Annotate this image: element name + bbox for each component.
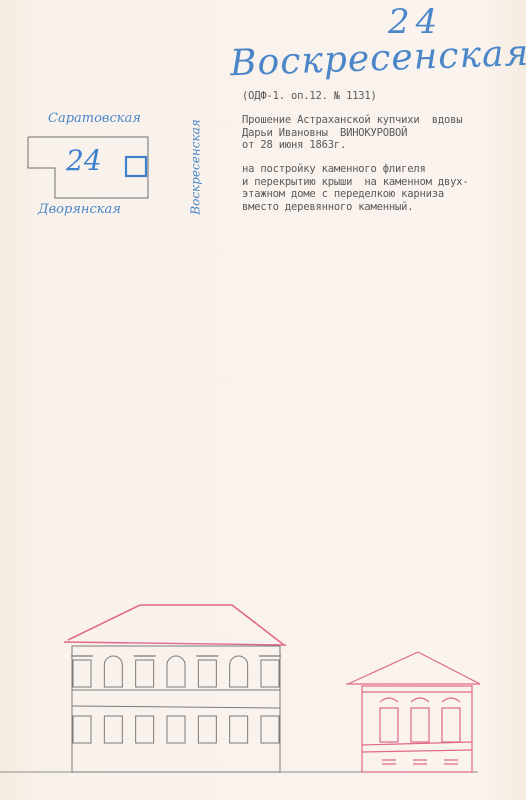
upper-floor-windows: [71, 656, 281, 687]
lower-floor-windows: [73, 716, 279, 743]
annex-facade: [346, 652, 480, 772]
facade-drawings: [0, 0, 526, 800]
main-house-facade: [64, 605, 286, 772]
annex-windows: [380, 698, 460, 764]
